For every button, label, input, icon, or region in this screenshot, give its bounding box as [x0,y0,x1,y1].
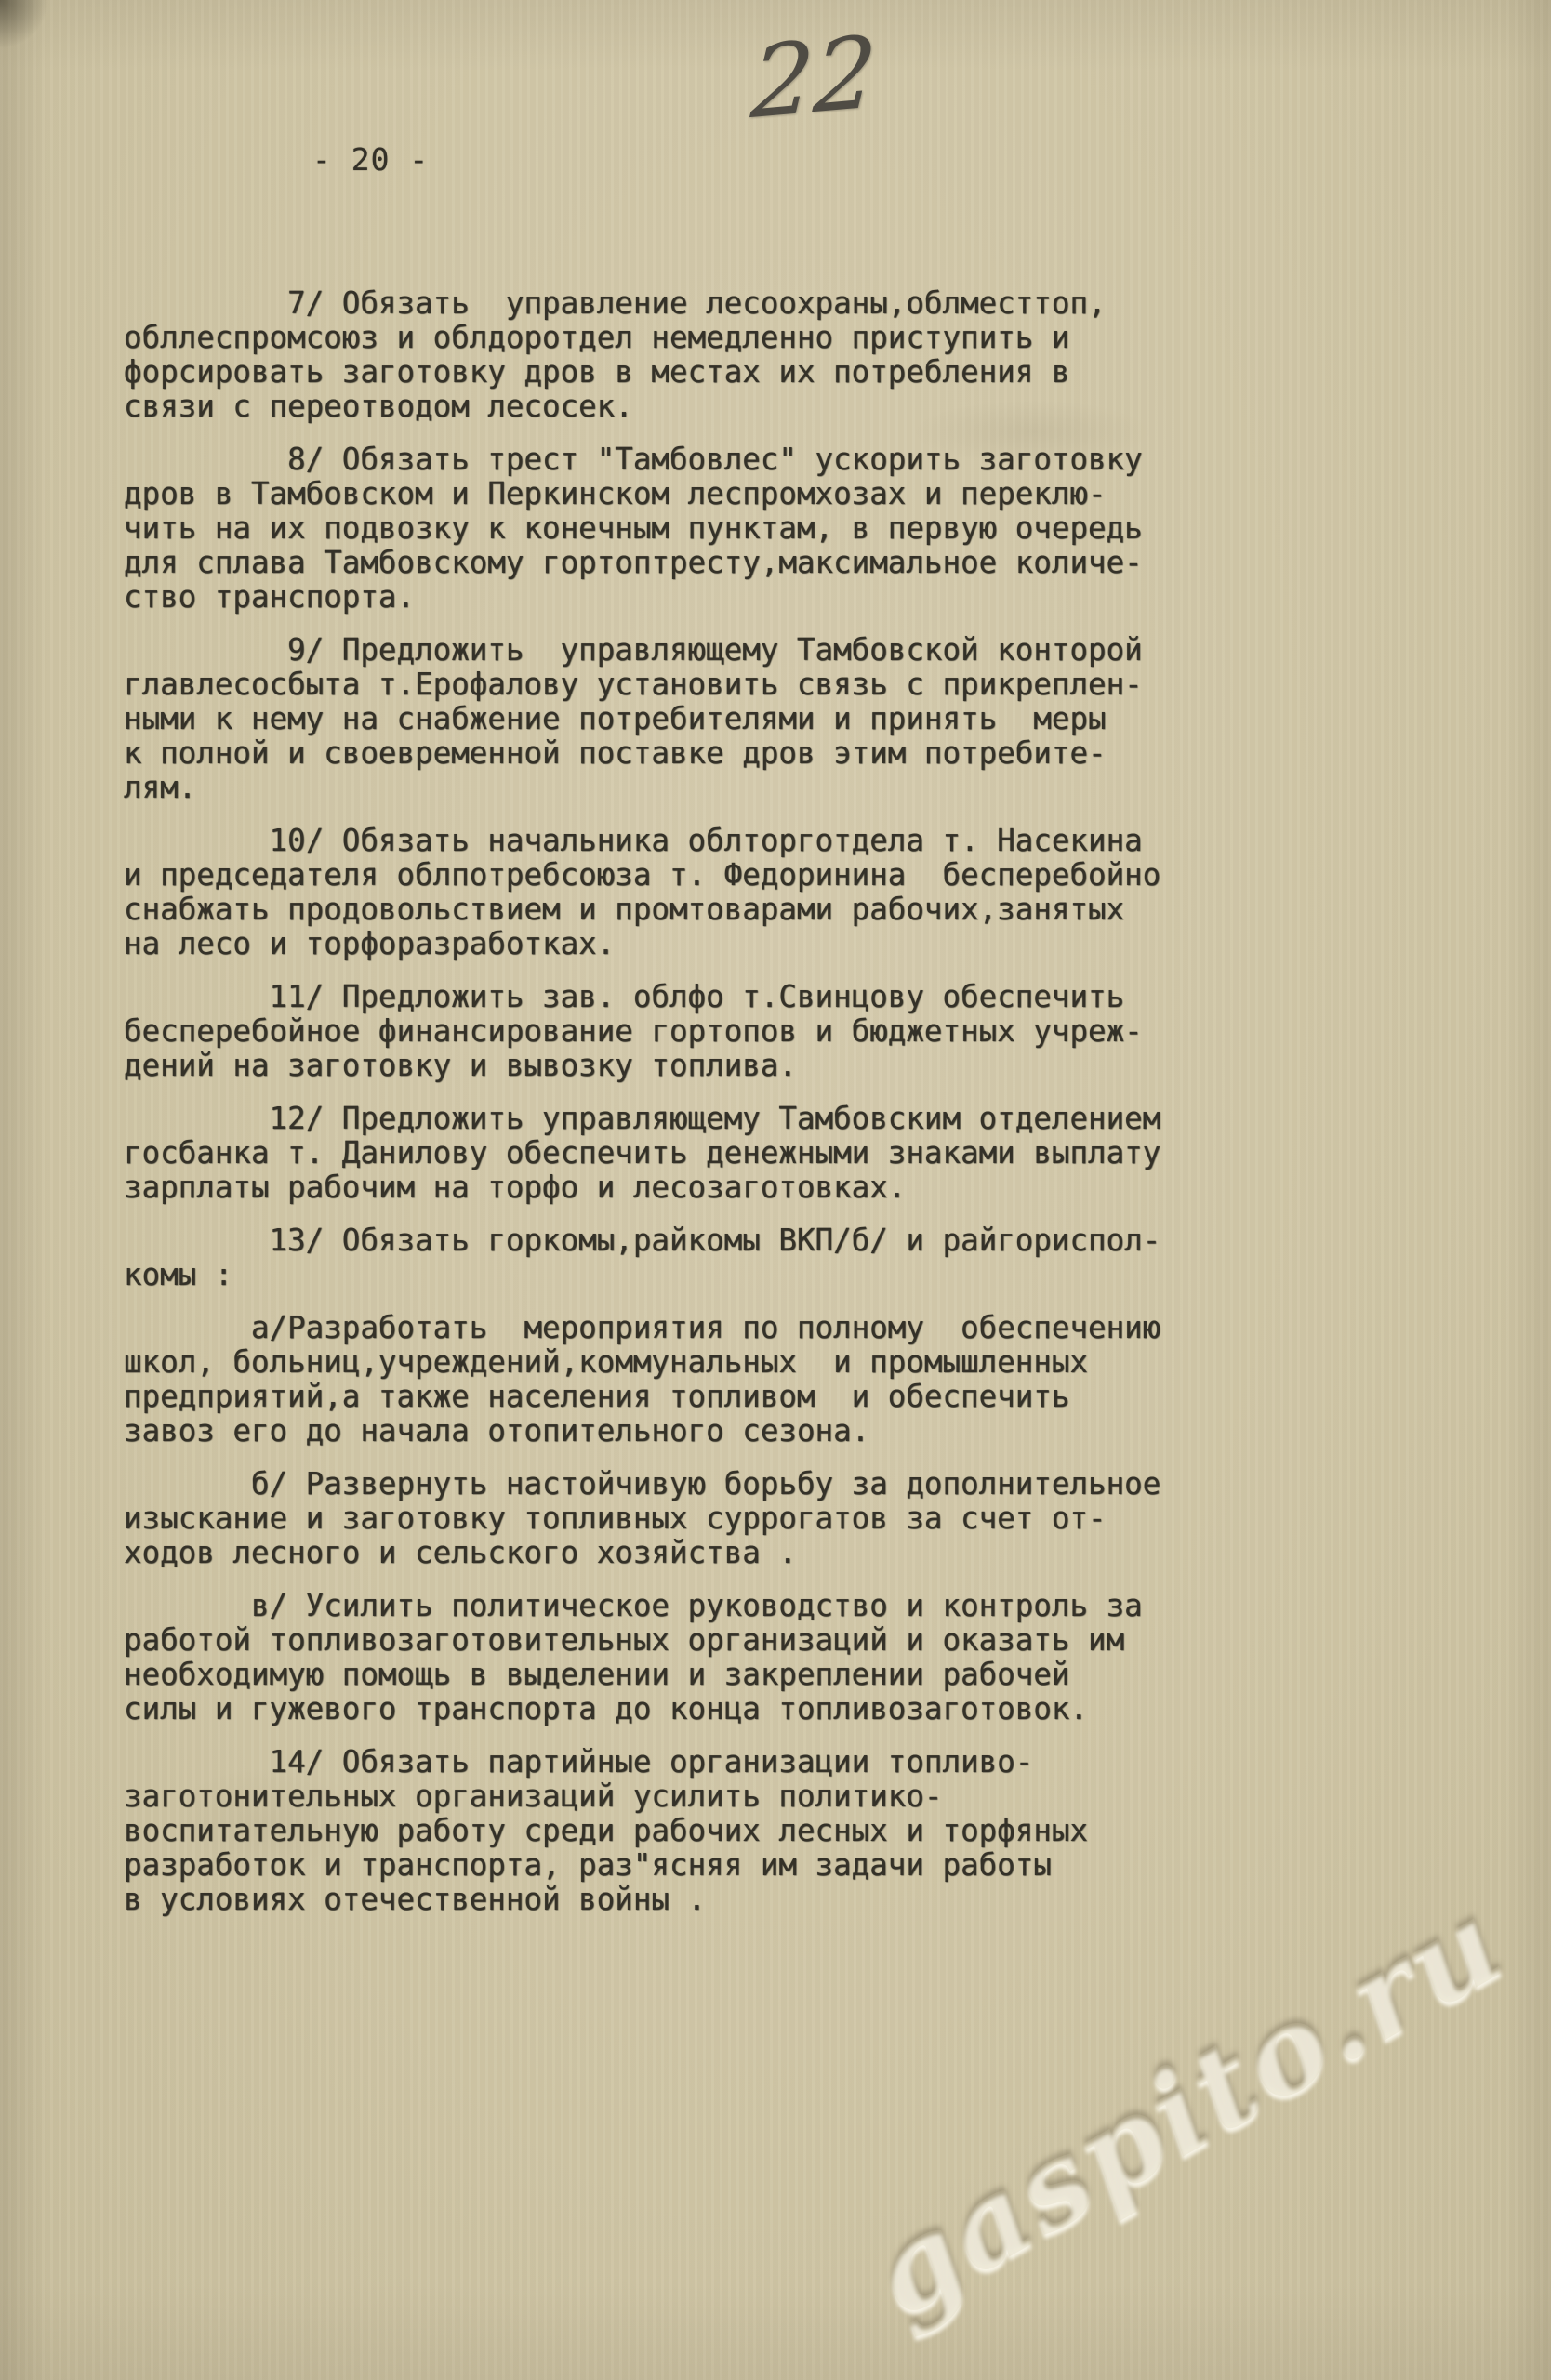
paragraph-10: 10/ Обязать начальника облторготдела т. … [124,824,1286,961]
paragraph-13b: б/ Развернуть настойчивую борьбу за допо… [124,1467,1286,1570]
paragraph-8: 8/ Обязать трест "Тамбовлес" ускорить за… [124,443,1286,615]
document-body: 7/ Обязать управление лесоохраны,облмест… [124,286,1286,1936]
paragraph-13v: в/ Усилить политическое руководство и ко… [124,1589,1286,1726]
paragraph-13: 13/ Обязать горкомы,райкомы ВКП/б/ и рай… [124,1223,1286,1292]
paragraph-13a: а/Разработать мероприятия по полному обе… [124,1311,1286,1448]
page-number: - 20 - [312,141,429,178]
paragraph-14: 14/ Обязать партийные организации топлив… [124,1745,1286,1917]
watermark: gaspito.ru [847,1871,1527,2343]
paragraph-11: 11/ Предложить зав. облфо т.Свинцову обе… [124,980,1286,1083]
paragraph-9: 9/ Предложить управляющему Тамбовской ко… [124,633,1286,805]
handwritten-archive-number: 22 [749,15,880,141]
paragraph-12: 12/ Предложить управляющему Тамбовским о… [124,1102,1286,1205]
paragraph-7: 7/ Обязать управление лесоохраны,облмест… [124,286,1286,424]
